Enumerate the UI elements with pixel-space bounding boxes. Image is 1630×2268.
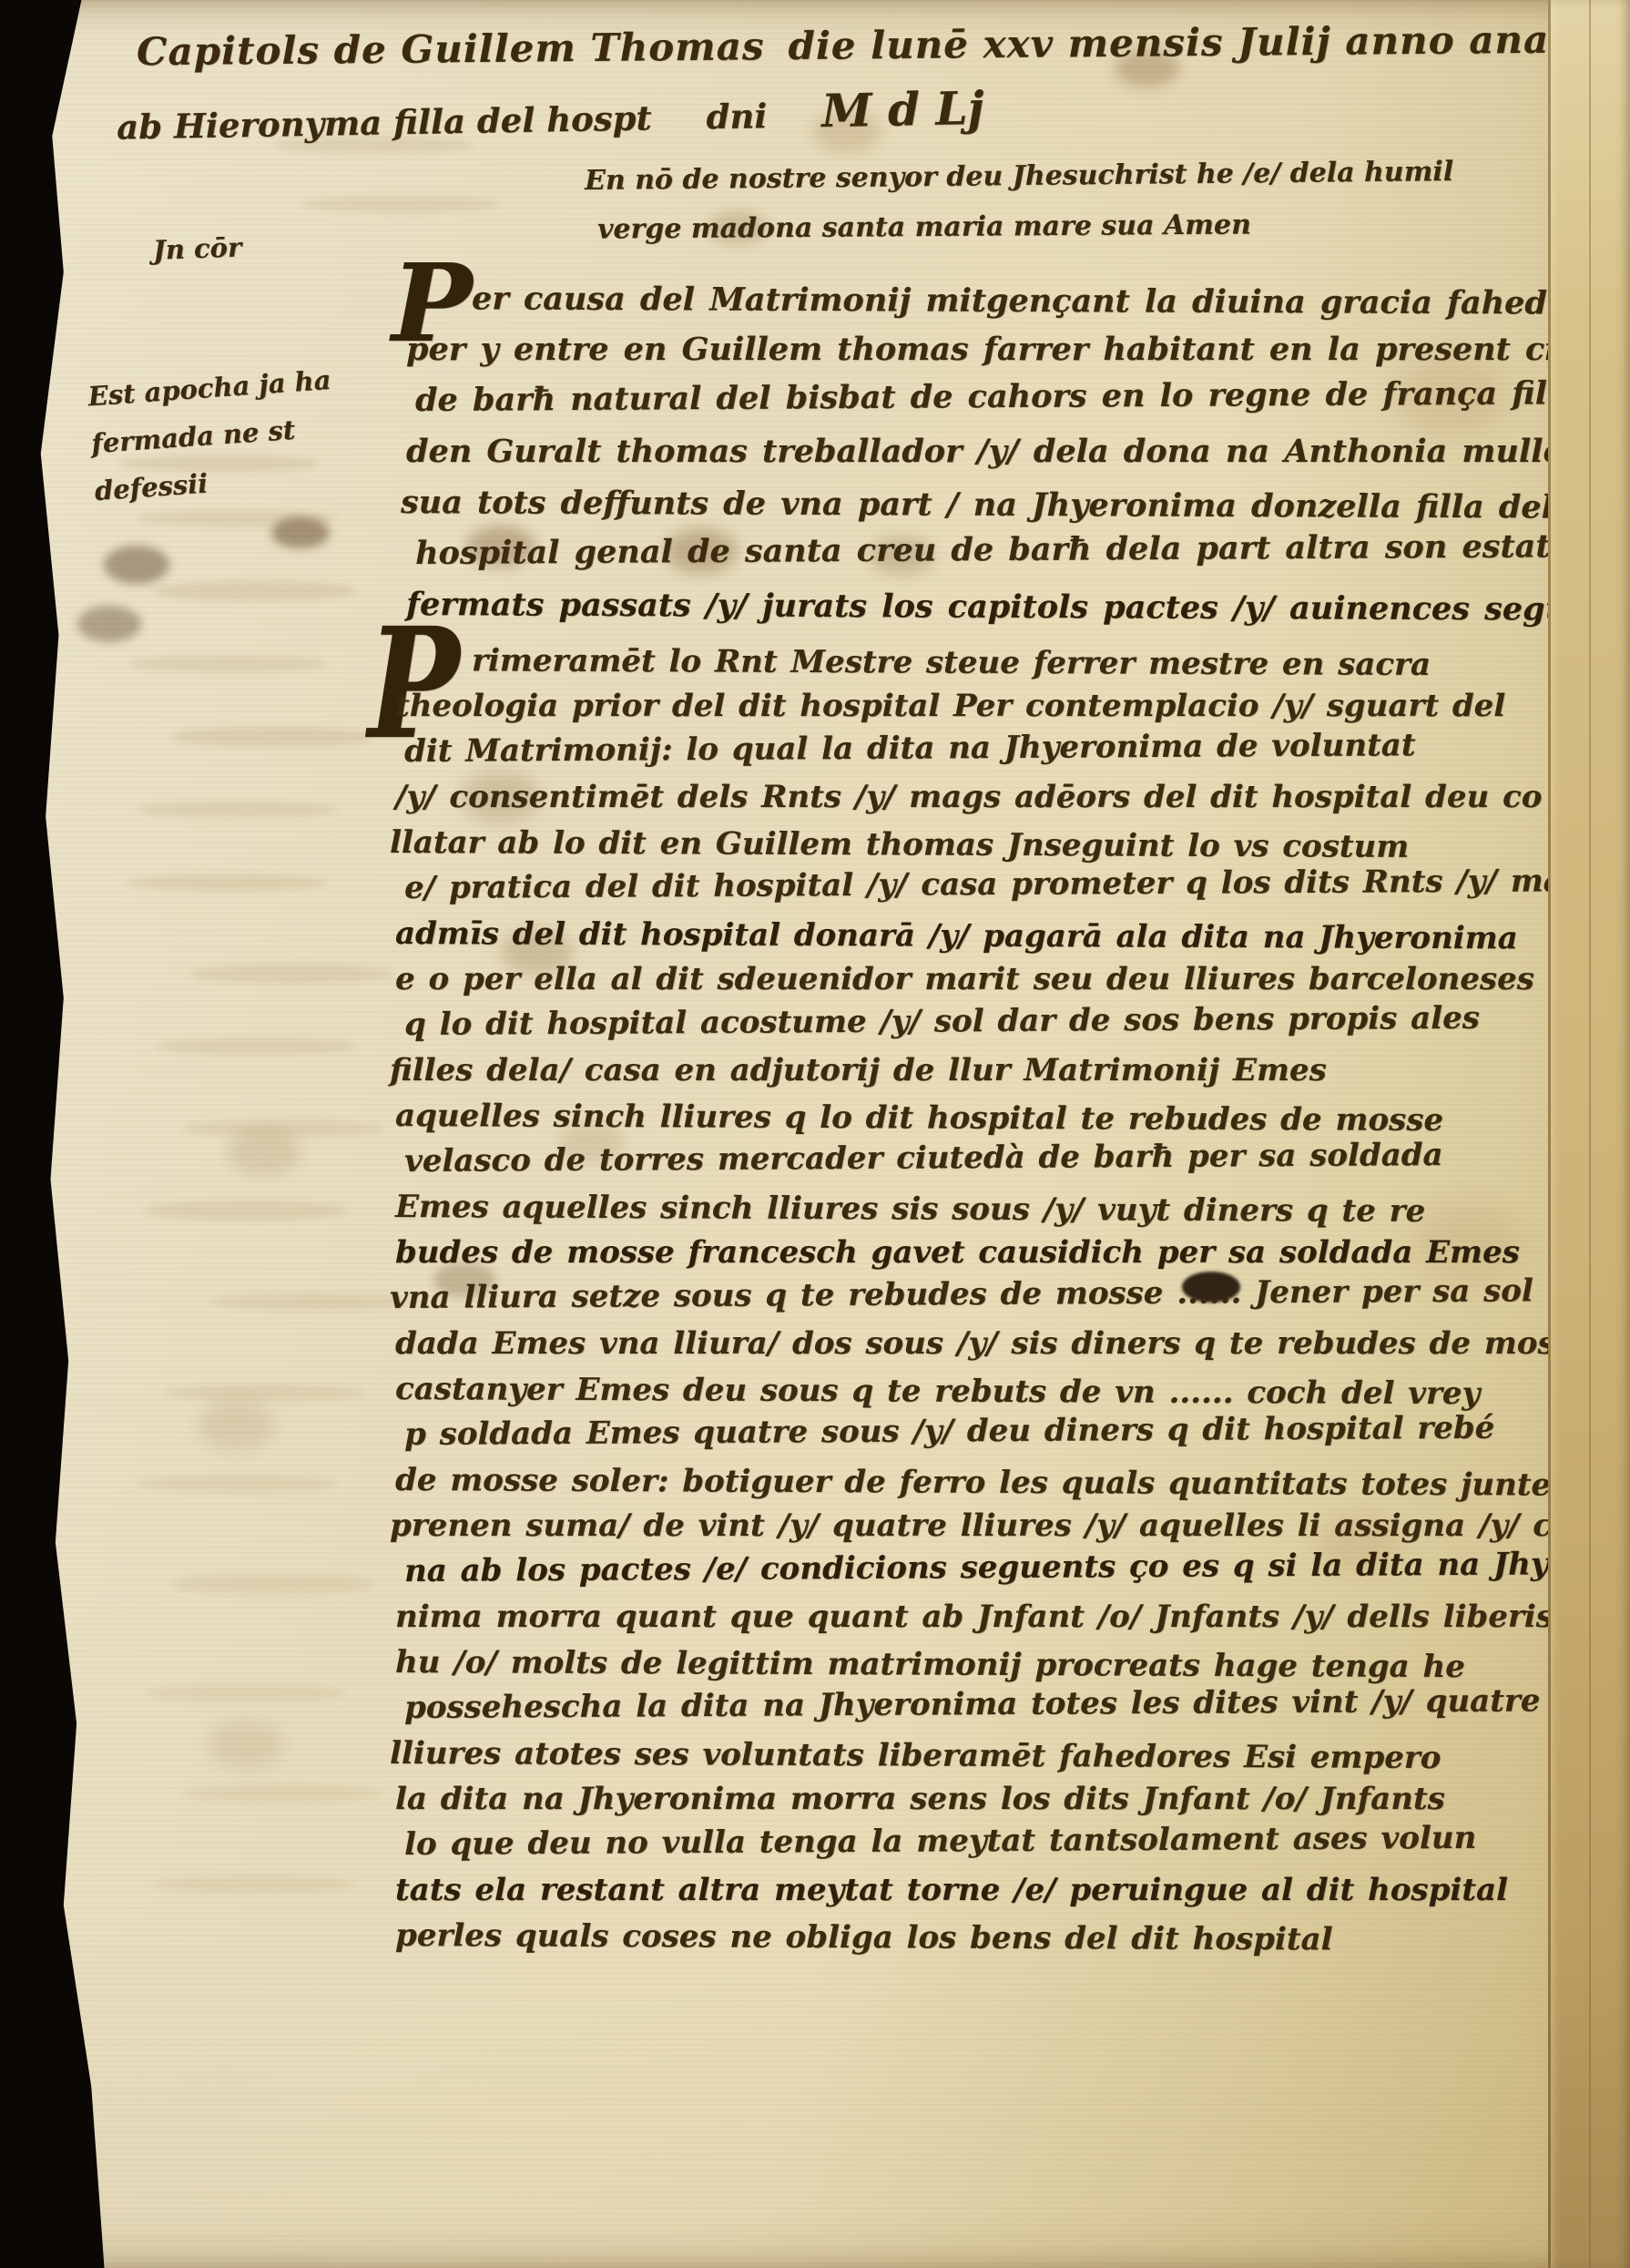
text-line: lo que deu no vulla tenga la meytat tant…: [404, 1814, 1570, 1867]
paragraph-lines: er causa del Matrimonij mitgençant la di…: [406, 273, 1572, 630]
header-title: Capitols de Guillem Thomas: [137, 24, 765, 74]
text-line: rimeramēt lo Rnt Mestre steue ferrer mes…: [395, 638, 1570, 689]
text-line: hospital genal de santa creu de barħ del…: [415, 521, 1572, 579]
text-line: de barħ natural del bisbat de cahors en …: [415, 368, 1572, 426]
header-dni: dni: [706, 96, 768, 137]
text-line: de mosse soler: botiguer de ferro les qu…: [395, 1457, 1570, 1508]
header-line-2: ab Hieronyma filla del hosptdniM d Lj: [117, 78, 1119, 149]
header-year: M d Lj: [821, 81, 984, 138]
text-line: tats ela restant altra meytat torne /e/ …: [395, 1867, 1570, 1913]
header-date: die lunē xxv mensis Julij anno anath: [788, 16, 1596, 68]
stains-layer: [0, 0, 55, 27]
paragraph-preamble: P er causa del Matrimonij mitgençant la …: [406, 273, 1572, 630]
text-line: na ab los pactes /e/ condicions seguents…: [404, 1541, 1570, 1594]
text-line: fermats passats /y/ jurats los capitols …: [406, 579, 1572, 636]
text-line: lliures atotes ses voluntats liberamēt f…: [390, 1731, 1570, 1782]
text-line: e/ pratica del dit hospital /y/ casa pro…: [404, 858, 1570, 911]
text-line: /y/ consentimēt dels Rnts /y/ mags adēor…: [395, 774, 1570, 820]
text-line: dit Matrimonij: lo qual la dita na Jhyer…: [404, 721, 1570, 774]
book-fore-edge: [1548, 0, 1630, 2268]
text-line: perles quals coses ne obliga los bens de…: [395, 1913, 1570, 1964]
manuscript-page: Capitols de Guillem Thomasdie lunē xxv m…: [0, 0, 1630, 2268]
text-line: filles dela/ casa en adjutorij de llur M…: [390, 1047, 1570, 1093]
text-line: possehescha la dita na Jhyeronima totes …: [404, 1678, 1570, 1731]
text-line: velasco de torres mercader ciutedà de ba…: [404, 1131, 1570, 1184]
margin-note-apocha: Est apocha ja ha fermada ne st defessii: [87, 356, 339, 515]
text-line: er causa del Matrimonij mitgençant la di…: [406, 273, 1572, 330]
header-gap-2: [652, 128, 707, 129]
manuscript-photo: Capitols de Guillem Thomasdie lunē xxv m…: [0, 0, 1630, 2268]
text-line: nima morra quant que quant ab Jnfant /o/…: [395, 1594, 1570, 1640]
ink-showthrough-layer: [0, 0, 200, 16]
text-line: Emes aquelles sinch lliures sis sous /y/…: [395, 1184, 1570, 1235]
header-subtitle: ab Hieronyma filla del hospt: [117, 97, 652, 147]
text-line: p soldada Emes quatre sous /y/ deu diner…: [404, 1405, 1570, 1457]
text-line: admīs del dit hospital donarā /y/ pagarā…: [395, 911, 1570, 962]
margin-note-incor: Jn cōr: [152, 231, 241, 265]
paragraph-lines: rimeramēt lo Rnt Mestre steue ferrer mes…: [395, 638, 1570, 1958]
text-line: den Guralt thomas treballador /y/ dela d…: [406, 426, 1572, 477]
text-line: vna lliura setze sous q te rebudes de mo…: [390, 1268, 1570, 1321]
invocation-line-2: verge madona santa maria mare sua Amen: [597, 209, 1251, 245]
header-line-1: Capitols de Guillem Thomasdie lunē xxv m…: [137, 18, 1439, 74]
invocation-line-1: En nō de nostre senyor deu Jhesuchrist h…: [585, 156, 1453, 197]
text-line: per y entre en Guillem thomas farrer hab…: [406, 324, 1572, 375]
text-line: q lo dit hospital acostume /y/ sol dar d…: [404, 995, 1570, 1047]
header-gap-3: [768, 127, 822, 128]
paragraph-primerament: P rimeramēt lo Rnt Mestre steue ferrer m…: [395, 638, 1570, 1958]
text-line: dada Emes vna lliura/ dos sous /y/ sis d…: [395, 1321, 1570, 1366]
